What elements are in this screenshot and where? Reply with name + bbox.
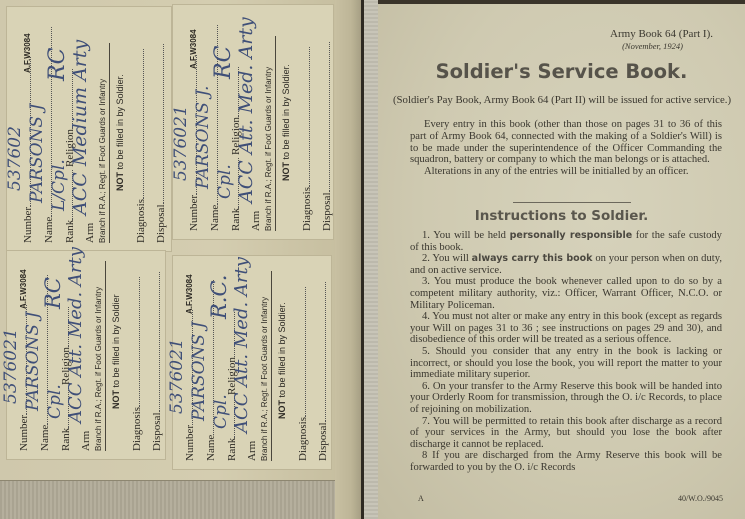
disposal-label: Disposal bbox=[317, 423, 329, 462]
diagnosis-label: Diagnosis bbox=[297, 417, 309, 461]
not-to-be-filled-note: NOT to be filled in by Soldier. bbox=[115, 74, 125, 191]
number-label: Number bbox=[184, 425, 196, 461]
arm-label: Arm bbox=[80, 431, 92, 451]
branch-note: Branch if R.A.; Regt. if Foot Guards or … bbox=[260, 297, 269, 461]
signature-mark: A bbox=[418, 494, 424, 503]
page-title: Soldier's Service Book. bbox=[378, 60, 745, 83]
divider bbox=[275, 36, 276, 231]
handwritten-arm: ACC Medium Arty bbox=[69, 40, 91, 215]
handwritten-arm: ACC Att. Med. Arty bbox=[231, 257, 252, 433]
subtitle: (Soldier's Pay Book, Army Book 64 (Part … bbox=[392, 94, 732, 106]
book-reference: Army Book 64 (Part I). bbox=[610, 28, 713, 40]
divider bbox=[271, 271, 272, 461]
name-label: Name bbox=[209, 205, 221, 231]
form-code: A.F.W3084 bbox=[19, 269, 28, 309]
instruction-item: 7. You will be permitted to retain this … bbox=[410, 416, 722, 451]
handwritten-name: PARSONS J bbox=[189, 322, 209, 421]
handwritten-number: 5376021 bbox=[167, 338, 187, 414]
intro-text: Every entry in this book (other than tho… bbox=[410, 119, 722, 178]
arm-label: Arm bbox=[250, 211, 262, 231]
branch-note: Branch if R.A.; Regt. if Foot Guards or … bbox=[264, 67, 273, 231]
arm-label: Arm bbox=[246, 441, 258, 461]
spine-fold bbox=[335, 0, 362, 519]
section-divider bbox=[513, 202, 631, 203]
instruction-item: 5. Should you consider that any entry in… bbox=[410, 346, 722, 381]
instruction-item: 3. You must produce the book whenever ca… bbox=[410, 276, 722, 311]
form-code: A.F.W3084 bbox=[23, 33, 32, 73]
print-code: 40/W.O./9045 bbox=[678, 494, 723, 503]
handwritten-religion: RC bbox=[45, 48, 70, 81]
instruction-item: 1. You will be held personally responsib… bbox=[410, 230, 722, 253]
instructions-list: 1. You will be held personally responsib… bbox=[410, 230, 722, 473]
right-page: Army Book 64 (Part I). (November, 1924) … bbox=[378, 4, 745, 519]
branch-note: Branch if R.A.; Regt. if Foot Guards or … bbox=[98, 79, 107, 243]
number-label: Number bbox=[18, 415, 30, 451]
edition-date: (November, 1924) bbox=[622, 41, 683, 51]
disposal-label: Disposal bbox=[321, 193, 333, 232]
number-label: Number bbox=[22, 207, 34, 243]
instructions-heading: Instructions to Soldier. bbox=[378, 208, 745, 224]
intro-paragraph: Alterations in any of the entries will b… bbox=[410, 166, 722, 178]
handwritten-number: 5376021 bbox=[1, 328, 21, 404]
handwritten-religion: RC bbox=[41, 277, 65, 309]
rank-label: Rank bbox=[64, 220, 76, 243]
name-label: Name bbox=[43, 217, 55, 243]
rank-label: Rank bbox=[60, 428, 72, 451]
not-to-be-filled-note: NOT to be filled in by Soldier. bbox=[277, 302, 287, 419]
instruction-item: 8 If you are discharged from the Army Re… bbox=[410, 450, 722, 473]
not-to-be-filled-note: NOT to be filled in by Soldier bbox=[111, 294, 121, 409]
open-service-book: 1940 1941 Number A.F.W3084 537602 Name P… bbox=[0, 0, 745, 519]
number-label: Number bbox=[188, 195, 200, 231]
instruction-item: 2. You will always carry this book on yo… bbox=[410, 253, 722, 276]
divider bbox=[105, 261, 106, 451]
form-code: A.F.W3084 bbox=[185, 274, 194, 314]
disposal-label: Disposal bbox=[155, 205, 167, 244]
form-code: A.F.W3084 bbox=[189, 29, 198, 69]
diagnosis-label: Diagnosis bbox=[135, 199, 147, 243]
handwritten-number: 5376021 bbox=[171, 105, 191, 181]
branch-note: Branch if R.A.; Regt. if Foot Guards or … bbox=[94, 287, 103, 451]
handwritten-arm: ACC Att. Med. Arty bbox=[65, 247, 86, 423]
intro-paragraph: Every entry in this book (other than tho… bbox=[410, 119, 722, 166]
handwritten-rank: L/Cpl. bbox=[49, 159, 69, 211]
handwritten-arm: ACC Att. Med. Arty bbox=[235, 17, 257, 203]
handwritten-religion: RC bbox=[211, 46, 236, 79]
disposal-label: Disposal bbox=[151, 413, 163, 452]
rank-label: Rank bbox=[226, 438, 238, 461]
handwritten-name: PARSONS J bbox=[27, 104, 47, 203]
handwritten-name: PARSONS J. bbox=[193, 86, 213, 189]
spine-cloth bbox=[364, 0, 378, 519]
not-to-be-filled-note: NOT to be filled in by Soldier. bbox=[281, 64, 291, 181]
handwritten-religion: R.C. bbox=[207, 275, 231, 319]
name-label: Name bbox=[39, 425, 51, 451]
handwritten-rank: Cpl. bbox=[45, 384, 65, 419]
handwritten-rank: Cpl. bbox=[211, 394, 231, 429]
diagnosis-label: Diagnosis bbox=[131, 407, 143, 451]
handwritten-name: PARSONS J bbox=[23, 312, 43, 411]
diagnosis-label: Diagnosis bbox=[301, 187, 313, 231]
arm-label: Arm bbox=[84, 223, 96, 243]
cloth-binding-bottom bbox=[0, 480, 362, 519]
name-label: Name bbox=[205, 435, 217, 461]
instruction-item: 6. On your transfer to the Army Reserve … bbox=[410, 381, 722, 416]
handwritten-number: 537602 bbox=[5, 126, 25, 191]
handwritten-rank: Cpl. bbox=[215, 164, 235, 199]
instruction-item: 4. You must not alter or make any entry … bbox=[410, 311, 722, 346]
rank-label: Rank bbox=[230, 208, 242, 231]
divider bbox=[109, 43, 110, 243]
